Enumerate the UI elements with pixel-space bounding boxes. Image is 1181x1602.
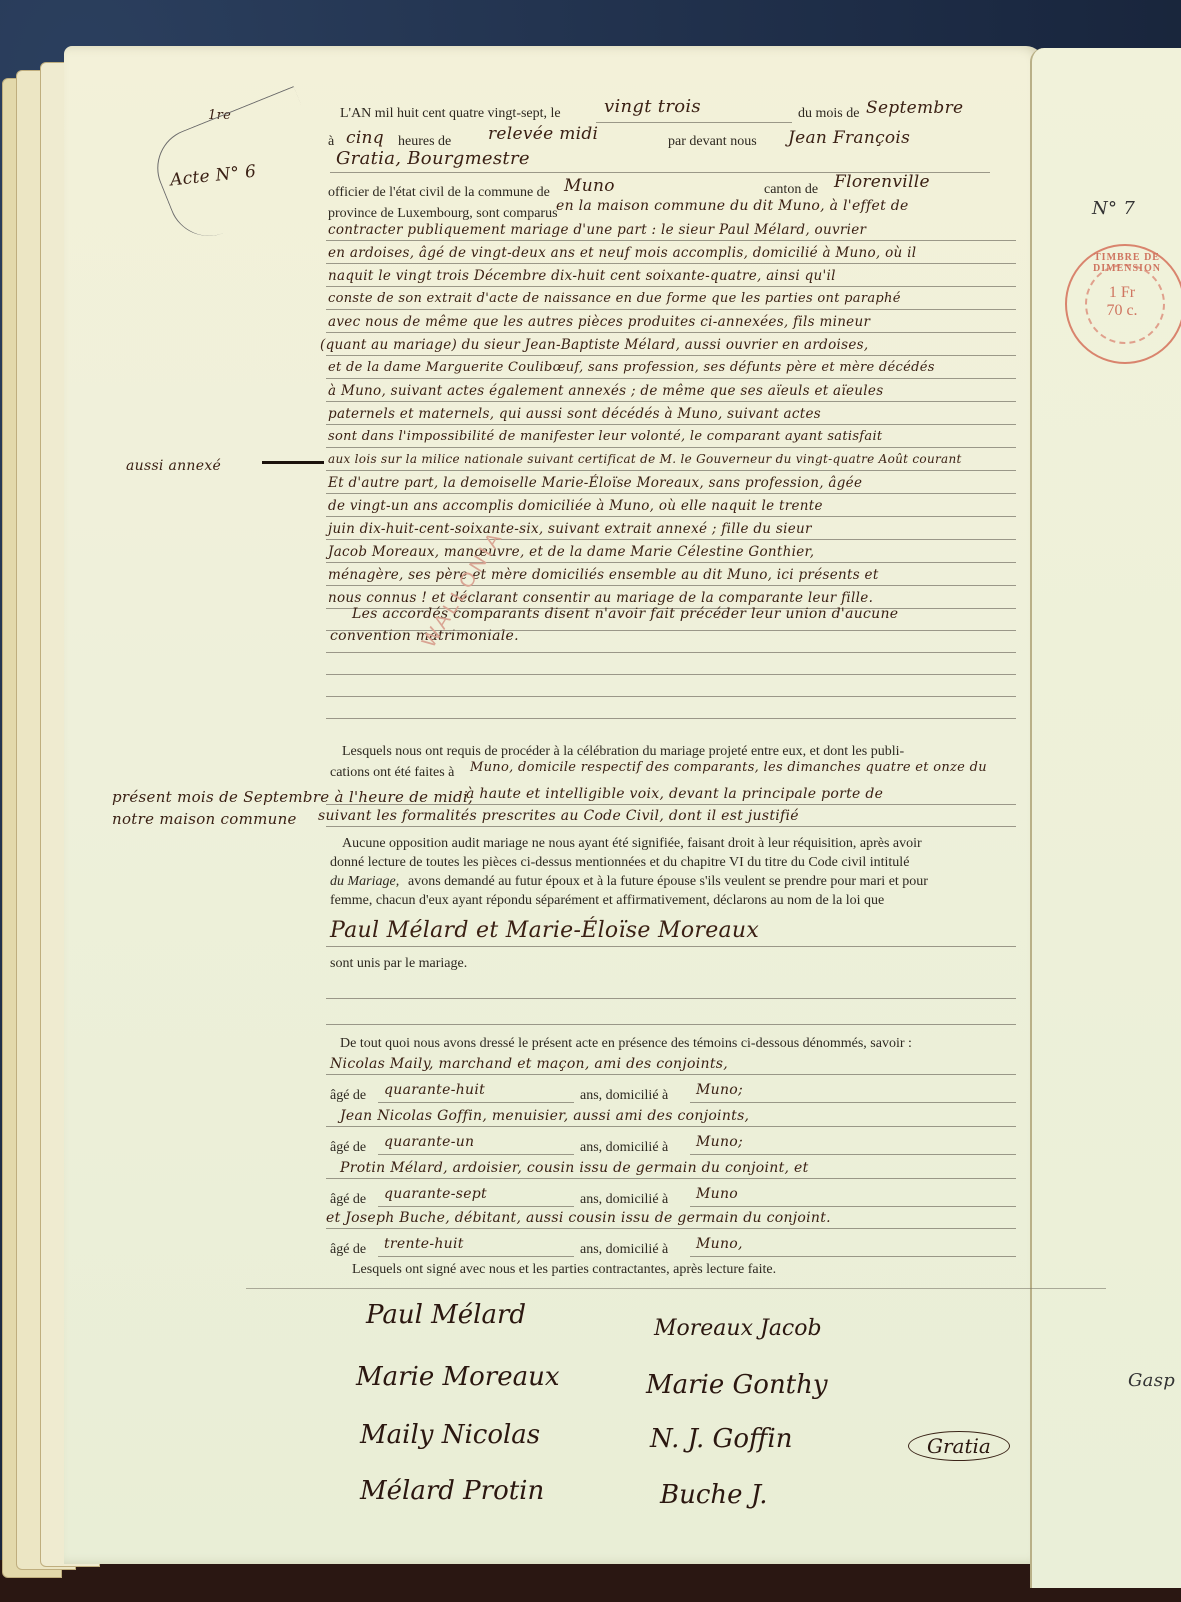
- witness-name-field: Jean Nicolas Goffin, menuisier, aussi am…: [340, 1108, 749, 1124]
- witnesses-intro: De tout quoi nous avons dressé le présen…: [340, 1036, 912, 1052]
- witness-age-field: quarante-un: [384, 1134, 474, 1150]
- ruled-line: [326, 1126, 1016, 1127]
- stamp-value-centimes: 70 c.: [1067, 302, 1177, 320]
- ruled-line: [326, 263, 1016, 264]
- signature-bride-father: Moreaux Jacob: [654, 1316, 822, 1341]
- margin-publication-note: notre maison commune: [112, 810, 297, 828]
- body-line: sont dans l'impossibilité de manifester …: [328, 429, 882, 444]
- signature-groom: Paul Mélard: [366, 1300, 526, 1330]
- ruled-line: [326, 998, 1016, 999]
- stamp-title: TIMBRE DE DIMENSION: [1067, 252, 1181, 274]
- ruled-line: [326, 674, 1016, 675]
- declaration-text: donné lecture de toutes les pièces ci-de…: [330, 855, 909, 871]
- witness-age-field: trente-huit: [384, 1236, 464, 1252]
- commune-label: officier de l'état civil de la commune d…: [328, 185, 550, 201]
- canton-label: canton de: [764, 182, 818, 198]
- witness-name-field: Protin Mélard, ardoisier, cousin issu de…: [340, 1160, 809, 1176]
- time-field: relevée midi: [488, 124, 598, 144]
- header-year-text: L'AN mil huit cent quatre vingt-sept, le: [340, 106, 561, 122]
- body-line: de vingt-un ans accomplis domiciliée à M…: [328, 498, 823, 514]
- witness-residence-field: Muno;: [696, 1082, 743, 1098]
- signature-bride-mother: Marie Gonthy: [646, 1370, 828, 1400]
- signature-witness: Mélard Protin: [360, 1476, 544, 1506]
- ruled-line: [326, 1228, 1016, 1229]
- location-field: en la maison commune du dit Muno, à l'ef…: [556, 198, 909, 214]
- age-label: âgé de: [330, 1088, 366, 1104]
- commune-field: Muno: [564, 176, 615, 196]
- before-label: par devant nous: [668, 134, 757, 150]
- book-cover-edge: [0, 1560, 1181, 1602]
- body-line: Et d'autre part, la demoiselle Marie-Élo…: [328, 475, 862, 491]
- witness-age-field: quarante-huit: [384, 1082, 485, 1098]
- ruled-line: [326, 470, 1016, 471]
- signature-witness: Buche J.: [660, 1480, 767, 1510]
- body-line: juin dix-huit-cent-soixante-six, suivant…: [328, 521, 812, 537]
- body-line: paternels et maternels, qui aussi sont d…: [328, 406, 821, 422]
- fill-line: [378, 1154, 574, 1155]
- ruled-line: [326, 286, 1016, 287]
- stamp-value-francs: 1 Fr: [1067, 284, 1177, 302]
- ruled-line: [326, 332, 1016, 333]
- ruled-line: [326, 804, 1016, 805]
- declaration-text: femme, chacun d'eux ayant répondu séparé…: [330, 893, 884, 909]
- ruled-line: [326, 696, 1016, 697]
- day-field: vingt trois: [604, 96, 701, 117]
- fill-line: [378, 1102, 574, 1103]
- ruled-line: [326, 493, 1016, 494]
- ruled-line: [326, 1074, 1016, 1075]
- witness-residence-field: Muno: [696, 1186, 738, 1202]
- ruled-line: [326, 652, 1016, 653]
- province-label: province de Luxembourg, sont comparus: [328, 206, 558, 222]
- tax-stamp: TIMBRE DE DIMENSION 1 Fr 70 c.: [1065, 244, 1181, 364]
- ruled-line: [326, 946, 1016, 947]
- stamp-value: 1 Fr 70 c.: [1067, 284, 1177, 320]
- witness-name-field: et Joseph Buche, débitant, aussi cousin …: [326, 1210, 831, 1226]
- ruled-line: [326, 516, 1016, 517]
- signature-separator: [246, 1288, 1106, 1289]
- fill-line: [690, 1154, 1016, 1155]
- ruled-line: [326, 309, 1016, 310]
- signature-witness: N. J. Goffin: [650, 1424, 792, 1454]
- ruled-line: [326, 562, 1016, 563]
- body-line: ménagère, ses père et mère domiciliés en…: [328, 567, 879, 583]
- ruled-line: [326, 401, 1016, 402]
- body-line: à Muno, suivant actes également annexés …: [328, 383, 883, 399]
- officer-first-name-field: Jean François: [788, 128, 910, 148]
- witness-residence-field: Muno;: [696, 1134, 743, 1150]
- body-line: nous connus ! et déclarant consentir au …: [328, 590, 873, 606]
- body-line: conste de son extrait d'acte de naissanc…: [328, 291, 901, 306]
- ruled-line: [326, 424, 1016, 425]
- ruled-line: [326, 826, 1016, 827]
- ruled-line: [326, 240, 1016, 241]
- body-line: contracter publiquement mariage d'une pa…: [328, 222, 866, 238]
- fill-line: [690, 1256, 1016, 1257]
- fill-line: [690, 1102, 1016, 1103]
- ruled-line: [326, 1178, 1016, 1179]
- publications-text: Lesquels nous ont requis de procéder à l…: [342, 744, 904, 760]
- annotation-pointer-line: [262, 461, 324, 464]
- closing-text: Lesquels ont signé avec nous et les part…: [352, 1262, 776, 1278]
- month-label: du mois de: [798, 106, 859, 122]
- residence-label: ans, domicilié à: [580, 1140, 668, 1156]
- spouses-names-field: Paul Mélard et Marie-Éloïse Moreaux: [330, 918, 759, 943]
- hour-prefix: à: [328, 134, 334, 150]
- age-label: âgé de: [330, 1242, 366, 1258]
- residence-label: ans, domicilié à: [580, 1088, 668, 1104]
- fill-line: [378, 1206, 574, 1207]
- publications-text: cations ont été faites à: [330, 765, 454, 781]
- officer-signature-flourish: Gratia: [908, 1431, 1010, 1461]
- canton-field: Florenville: [834, 172, 930, 192]
- right-act-number: N° 7: [1092, 198, 1135, 219]
- right-margin-signature: Gasp: [1128, 1370, 1175, 1391]
- residence-label: ans, domicilié à: [580, 1192, 668, 1208]
- publications-detail-field: suivant les formalités prescrites au Cod…: [318, 808, 799, 824]
- signature-officer: Gratia: [908, 1434, 1010, 1458]
- hour-field: cinq: [346, 128, 384, 148]
- signature-bride: Marie Moreaux: [356, 1362, 560, 1392]
- body-line: naquit le vingt trois Décembre dix-huit …: [328, 268, 836, 284]
- fill-line: [378, 1256, 574, 1257]
- witness-name-field: Nicolas Maily, marchand et maçon, ami de…: [330, 1056, 728, 1072]
- publications-place-field: Muno, domicile respectif des comparants,…: [470, 760, 987, 775]
- publications-detail-field: à haute et intelligible voix, devant la …: [466, 786, 883, 802]
- ruled-line: [326, 447, 1016, 448]
- ruled-line: [326, 378, 1016, 379]
- age-label: âgé de: [330, 1192, 366, 1208]
- body-line: en ardoises, âgé de vingt-deux ans et ne…: [328, 245, 916, 261]
- residence-label: ans, domicilié à: [580, 1242, 668, 1258]
- fill-line: [690, 1206, 1016, 1207]
- fill-line: [596, 122, 792, 123]
- ruled-line: [326, 539, 1016, 540]
- body-line: avec nous de même que les autres pièces …: [328, 314, 870, 330]
- ruled-line: [326, 718, 1016, 719]
- ruled-line: [326, 355, 1016, 356]
- body-line: Jacob Moreaux, manœuvre, et de la dame M…: [328, 544, 814, 560]
- ruled-line: [326, 1024, 1016, 1025]
- declaration-text: avons demandé au futur époux et à la fut…: [408, 874, 928, 890]
- margin-annotation: aussi annexé: [126, 458, 221, 474]
- witness-age-field: quarante-sept: [384, 1186, 487, 1202]
- month-field: Septembre: [866, 98, 963, 118]
- declaration-text-italic: du Mariage,: [330, 874, 399, 890]
- ruled-line: [326, 585, 1016, 586]
- body-line: (quant au mariage) du sieur Jean-Baptist…: [320, 337, 868, 353]
- declaration-text: Aucune opposition audit mariage ne nous …: [342, 836, 922, 852]
- body-line: et de la dame Marguerite Coulibœuf, sans…: [328, 360, 935, 375]
- united-text: sont unis par le mariage.: [330, 956, 467, 972]
- officer-name-field: Gratia, Bourgmestre: [336, 148, 530, 169]
- signature-witness: Maily Nicolas: [360, 1420, 540, 1450]
- age-label: âgé de: [330, 1140, 366, 1156]
- witness-residence-field: Muno,: [696, 1236, 743, 1252]
- body-line: aux lois sur la milice nationale suivant…: [328, 452, 962, 466]
